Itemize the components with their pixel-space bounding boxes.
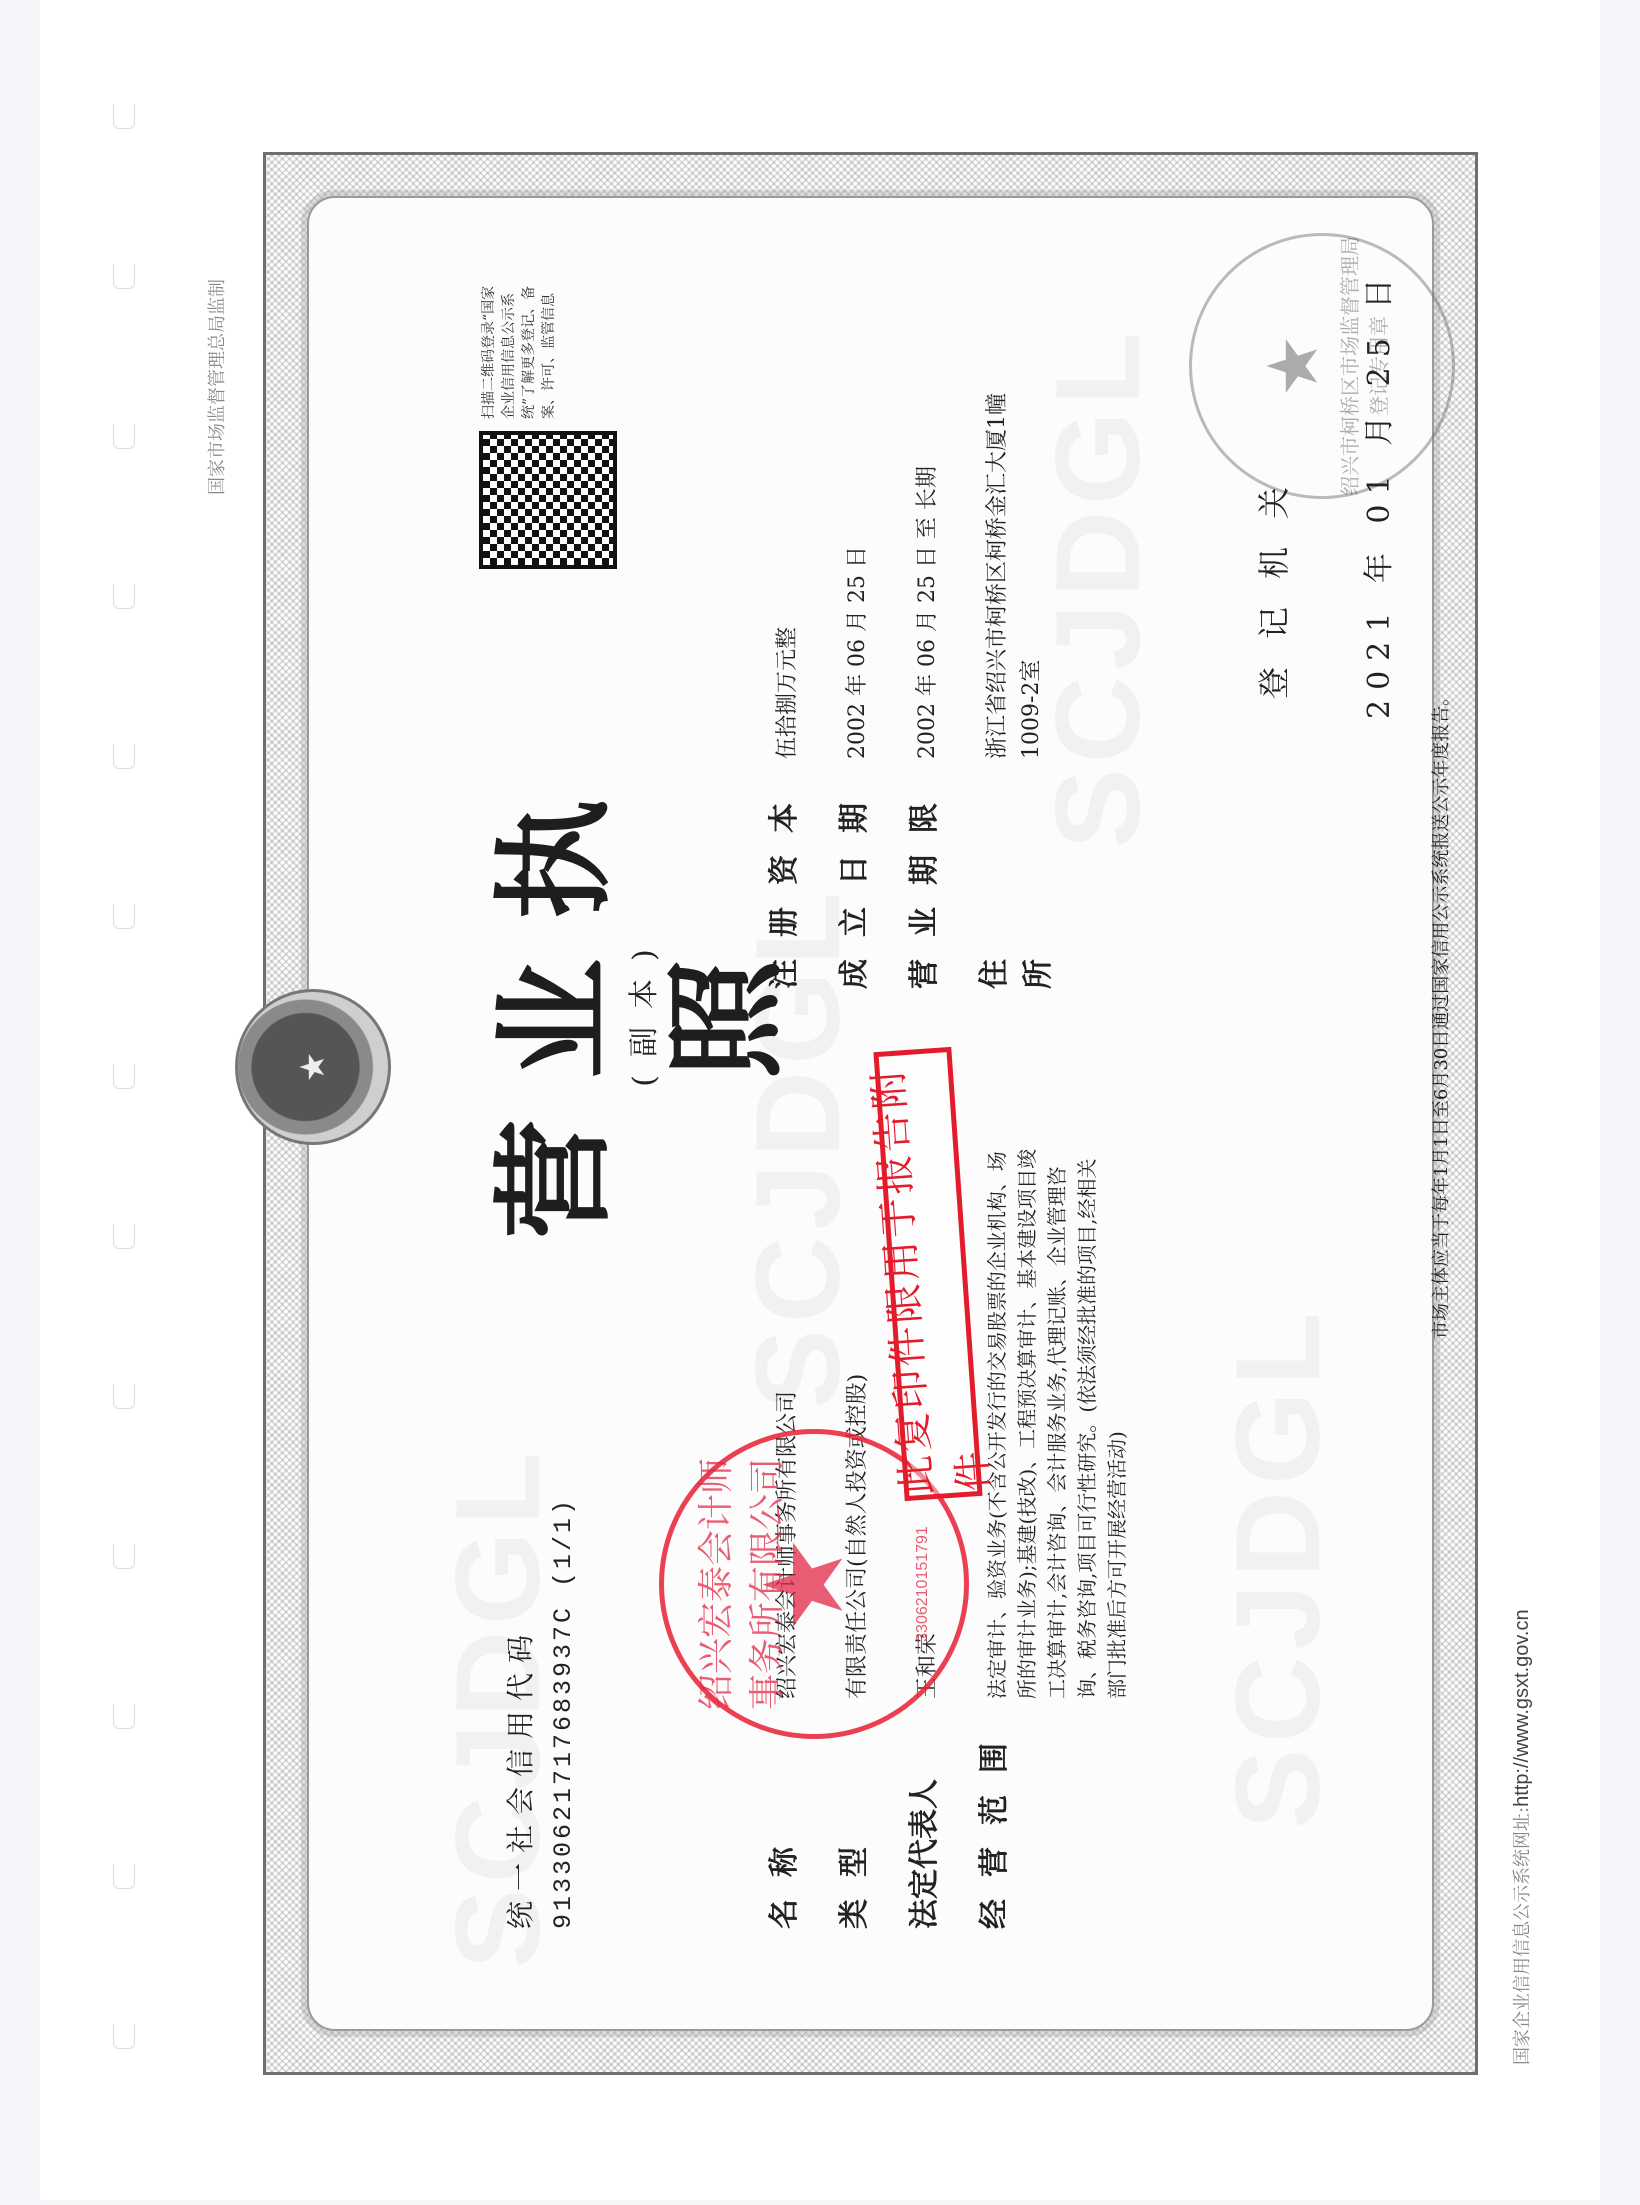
punch-mark — [113, 744, 135, 769]
field-value: 2002 年 06 月 25 日 — [841, 546, 875, 759]
punch-mark — [113, 1704, 135, 1729]
watermark: SCJDGL — [1209, 1306, 1347, 1829]
gsxt-footer: 国家企业信用信息公示系统网址:http://www.gsxt.gov.cn — [1508, 1609, 1534, 2065]
field-label: 成立日期 — [829, 759, 873, 989]
field-business-term: 营业期限 2002 年 06 月 25 日 至 长期 — [899, 466, 945, 989]
field-label: 法定代表人 — [899, 1699, 943, 1929]
field-label: 注册资本 — [759, 759, 803, 989]
punch-mark — [113, 584, 135, 609]
registration-authority-label: 登记机关 — [1249, 459, 1295, 699]
punch-mark — [113, 904, 135, 929]
punch-mark — [113, 264, 135, 289]
registration-seal: ★绍兴市柯桥区市场监督管理局 登记专用章 — [1189, 233, 1455, 499]
business-license: SCJDGL SCJDGL SCJDGL SCJDGL 统一社会信用代码 913… — [263, 152, 1478, 2075]
credit-code-value: 91330621717683937C (1/1) — [549, 1497, 578, 1929]
punch-mark — [113, 1224, 135, 1249]
field-value: 法定审计、验资业务(不含公开发行的交易股票的企业机构、场所的审计业务);基建(技… — [982, 1139, 1132, 1699]
punch-mark — [113, 1864, 135, 1889]
field-established-date: 成立日期 2002 年 06 月 25 日 — [829, 546, 875, 989]
copy-restriction-stamp: 此复印件限用于报告附件 — [873, 1047, 982, 1501]
punch-mark — [113, 104, 135, 129]
punch-mark — [113, 1064, 135, 1089]
field-value: 2002 年 06 月 25 日 至 长期 — [911, 466, 945, 759]
punch-mark — [113, 2024, 135, 2049]
annual-report-note: 市场主体应当于每年1月1日至6月30日通过国家信用公示系统报送公示年度报告。 — [1429, 439, 1455, 1339]
field-value: 伍拾捌万元整 — [771, 627, 805, 759]
field-business-scope: 经营范围 法定审计、验资业务(不含公开发行的交易股票的企业机构、场所的审计业务)… — [969, 1139, 1132, 1929]
credit-code-label: 统一社会信用代码 — [499, 1625, 539, 1929]
license-subtitle: (副本) — [619, 859, 663, 1159]
national-emblem: ★ — [235, 989, 391, 1145]
issue-date: 2021 年 01 月 25 日 — [1354, 269, 1398, 719]
field-address: 住所 浙江省绍兴市柯桥区柯桥金汇大厦1幢1009-2室 — [969, 379, 1057, 989]
field-label: 住所 — [969, 759, 1057, 989]
watermark: SCJDGL — [429, 1446, 567, 1969]
license-body: SCJDGL SCJDGL SCJDGL SCJDGL 统一社会信用代码 913… — [307, 196, 1434, 2031]
punch-mark — [113, 1544, 135, 1569]
star-icon: ★ — [1252, 236, 1334, 496]
qr-code[interactable] — [479, 431, 617, 569]
star-icon: ★ — [749, 1535, 859, 1634]
punch-mark — [113, 424, 135, 449]
field-registered-capital: 注册资本 伍拾捌万元整 — [759, 627, 805, 989]
field-value: 浙江省绍兴市柯桥区柯桥金汇大厦1幢1009-2室 — [981, 379, 1049, 759]
gsxt-link[interactable]: http://www.gsxt.gov.cn — [1511, 1609, 1533, 1807]
punch-mark — [113, 1384, 135, 1409]
field-label: 经营范围 — [969, 1699, 1013, 1929]
field-label: 营业期限 — [899, 759, 943, 989]
company-seal-number: 3306210151791 — [914, 1494, 932, 1674]
qr-note: 扫描二维码登录“国家企业信用信息公示系统”了解更多登记、备案、许可、监管信息 — [479, 279, 559, 419]
supervisor-note: 国家市场监督管理总局监制 — [203, 279, 229, 495]
star-icon: ★ — [293, 1052, 333, 1082]
